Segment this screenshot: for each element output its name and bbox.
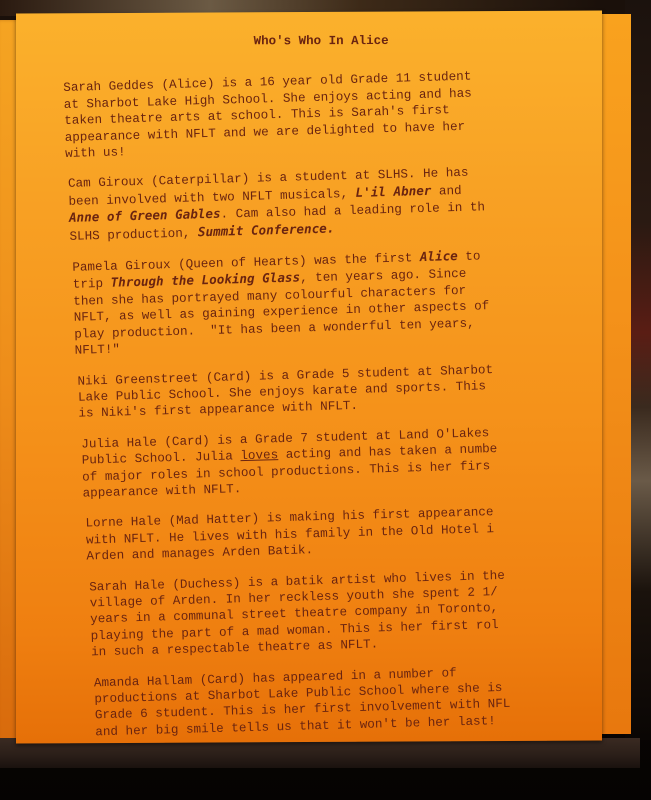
bio-list: Sarah Geddes (Alice) is a 16 year old Gr… <box>63 67 571 741</box>
bio-amanda-hallam: Amanda Hallam (Card) has appeared in a n… <box>94 662 572 741</box>
bio-julia-hale: Julia Hale (Card) is a Grade 7 student a… <box>81 423 565 502</box>
bio-niki-greenstreet: Niki Greenstreet (Card) is a Grade 5 stu… <box>77 360 562 423</box>
bio-lorne-hale: Lorne Hale (Mad Hatter) is making his fi… <box>85 502 566 565</box>
photo-scene: Who's Who In Alice Sarah Geddes (Alice) … <box>0 0 651 800</box>
production-title: Alice <box>420 248 458 264</box>
bio-cam-giroux: Cam Giroux (Caterpillar) is a student at… <box>68 163 558 245</box>
page-title: Who's Who In Alice <box>62 33 552 50</box>
back-page-right <box>598 14 631 734</box>
page-content: Who's Who In Alice Sarah Geddes (Alice) … <box>62 26 572 755</box>
bio-pamela-giroux: Pamela Giroux (Queen of Hearts) was the … <box>72 245 561 359</box>
underlined-word: loves <box>240 448 278 463</box>
bio-sarah-geddes: Sarah Geddes (Alice) is a 16 year old Gr… <box>63 67 555 163</box>
production-title: L'il Abner <box>355 183 431 200</box>
production-title: Anne of Green Gables <box>69 206 221 225</box>
bio-sarah-hale: Sarah Hale (Duchess) is a batik artist w… <box>89 566 569 661</box>
production-title: Summit Conference. <box>198 220 335 239</box>
